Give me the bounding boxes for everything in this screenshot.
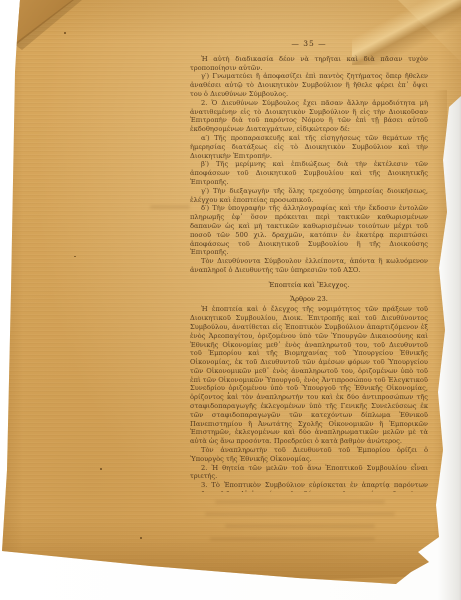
showthrough-smudge	[150, 205, 190, 209]
showthrough-smudge	[225, 524, 375, 528]
paragraph: 2. Ὁ Διευθύνων Σύμβουλος ἔχει πᾶσαν ἄλλη…	[190, 99, 428, 134]
paragraph: 3. Τὸ Ἐποπτικὸν Συμβούλιον εὑρίσκεται ἐν…	[190, 481, 428, 492]
printed-text-column: — 35 — Ἡ αὐτὴ διαδικασία δέον νὰ τηρῆται…	[190, 40, 428, 492]
showthrough-smudge	[210, 537, 375, 541]
paragraph: γ′) Γνωματεύει ἢ ἀποφασίζει ἐπὶ παντὸς ζ…	[190, 72, 428, 98]
article-heading: Ἄρθρον 23.	[190, 295, 428, 304]
page-number: — 35 —	[190, 40, 428, 49]
paper-speck	[140, 537, 142, 539]
paper-speck	[74, 256, 76, 257]
paragraph: α′) Τῆς προπαρασκευῆς καὶ τῆς εἰσηγήσεως…	[190, 134, 428, 160]
paper-speck	[64, 32, 66, 34]
paragraph: 2. Ἡ θητεία τῶν μελῶν τοῦ ἄνω Ἐποπτικοῦ …	[190, 464, 428, 482]
paper-speck	[100, 468, 102, 470]
paragraph: Ἡ ἐποπτεία καὶ ὁ ἔλεγχος τῆς νομιμότητος…	[190, 305, 428, 446]
scanned-page: — 35 — Ἡ αὐτὴ διαδικασία δέον νὰ τηρῆται…	[0, 0, 461, 600]
paragraph: Τὸν Διευθύνοντα Σύμβουλον ἐλλείποντα, ἀπ…	[190, 257, 428, 275]
paragraph: Τὸν ἀναπληρωτὴν τοῦ Διευθυντοῦ τοῦ Ἐμπορ…	[190, 446, 428, 464]
section-heading: Ἐποπτεία καὶ Ἔλεγχος.	[190, 281, 428, 290]
showthrough-smudge	[205, 512, 395, 516]
paragraph: Ἡ αὐτὴ διαδικασία δέον νὰ τηρῆται καὶ δι…	[190, 55, 428, 73]
paragraph: β′) Τῆς μερίμνης καὶ ἐπιδιώξεως διὰ τὴν …	[190, 160, 428, 186]
paragraph: δ′) Τὴν ὑπογραφὴν τῆς ἀλληλογραφίας καὶ …	[190, 204, 428, 257]
showthrough-smudge	[215, 500, 385, 504]
scanned-document: — 35 — Ἡ αὐτὴ διαδικασία δέον νὰ τηρῆται…	[0, 0, 461, 600]
paper-edge-shading-right	[433, 90, 447, 560]
paragraph: γ′) Τὴν διεξαγωγὴν τῆς ὅλης τρεχούσης ὑπ…	[190, 187, 428, 205]
